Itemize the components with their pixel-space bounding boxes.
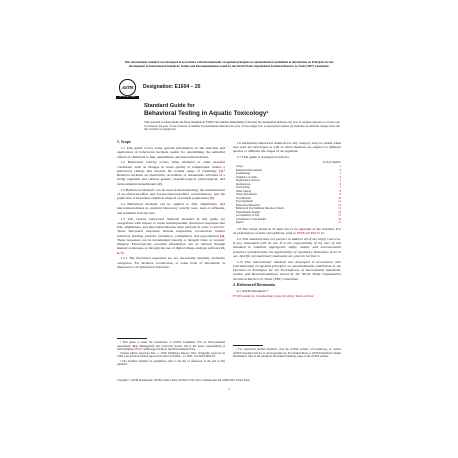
toc-label: Report xyxy=(236,221,244,225)
text-segment: 1.5 The various behavioral methods inclu… xyxy=(117,217,225,238)
text-segment: . xyxy=(324,231,325,235)
text-segment: ASTM Standards: xyxy=(242,289,267,293)
astm-logo-subtext: INTERNATIONAL xyxy=(119,96,136,98)
body-columns: 1. Scope 1.1 This guide covers some gene… xyxy=(117,140,341,378)
referenced-documents-heading: 2. Referenced Documents xyxy=(233,283,341,287)
footnote-3: ³ For referenced ASTM standards, visit t… xyxy=(233,348,341,358)
para-1-5: 1.5 The various behavioral methods inclu… xyxy=(117,217,225,255)
footnote-2: ² The boldface numbers in parentheses re… xyxy=(117,360,225,367)
right-column: 1.6 Additional behavioral methods for an… xyxy=(233,140,341,378)
text-segment: . xyxy=(124,251,125,255)
left-column: 1. Scope 1.1 This guide covers some gene… xyxy=(117,140,225,378)
text-segment: 1.10 This international standard was dev… xyxy=(233,260,341,281)
toc-section-link[interactable]: 17 xyxy=(338,221,341,225)
astm-logo-bar: INTERNATIONAL xyxy=(116,96,139,99)
copyright-line: Copyright © ASTM International, 100 Barr… xyxy=(117,379,341,382)
para-1-5-1: 1.5.1 The functional responses are not n… xyxy=(117,256,225,269)
footnote-edition: Current edition approved Nov. 1, 2020. P… xyxy=(117,352,225,359)
page-number: 1 xyxy=(0,387,458,391)
footnote-1: ¹ This guide is under the jurisdiction o… xyxy=(117,341,225,351)
ref-link[interactable]: E729 xyxy=(233,294,241,298)
toc-header: Section Number xyxy=(236,161,341,165)
text-segment: . xyxy=(214,196,215,200)
toc-row: Report17 xyxy=(236,221,341,225)
ref-link[interactable]: IEEE/ASTM SI 10 xyxy=(297,231,324,235)
astm-logo-circle-icon: ASTM xyxy=(119,79,136,96)
para-1-3: 1.3 Behavioral methods can be used in bi… xyxy=(117,188,225,201)
para-1-4: 1.4 Behavioral methods can be applied to… xyxy=(117,202,225,215)
document-page: This international standard was develope… xyxy=(0,0,458,458)
top-disclaimer: This international standard was develope… xyxy=(117,61,341,68)
designation: Designation: E1604 − 20 xyxy=(143,84,200,90)
para-1-6: 1.6 Additional behavioral methods for an… xyxy=(233,141,341,154)
text-segment: . xyxy=(162,182,163,186)
scope-heading: 1. Scope xyxy=(117,140,225,144)
doc-title-line2: Behavioral Testing in Aquatic Toxicology… xyxy=(144,110,268,117)
toc: Section Number Scope1Referenced Document… xyxy=(236,161,341,225)
astm-logo-text: ASTM xyxy=(122,85,134,90)
left-footnotes: ¹ This guide is under the jurisdiction o… xyxy=(117,338,225,367)
toc-list: Scope1Referenced Documents2Terminology3S… xyxy=(236,165,341,225)
text-segment: . xyxy=(319,254,320,258)
e729-reference: E729 Guide for Conducting Acute Toxicity… xyxy=(233,294,341,298)
para-1-9: 1.9 This standard does not purport to ad… xyxy=(233,237,341,258)
text-segment: 1.2 Behavioral toxicity occurs when chem… xyxy=(117,160,225,173)
text-segment: ³ xyxy=(267,289,268,293)
para-2-1: 2.1 ASTM Standards:³ xyxy=(233,289,341,293)
ref-link[interactable]: Guide for Conducting Acute Toxicity Test… xyxy=(241,294,314,298)
right-footnotes: ³ For referenced ASTM standards, visit t… xyxy=(233,345,341,359)
doc-title-line1: Standard Guide for xyxy=(144,103,268,110)
doc-title: Standard Guide for Behavioral Testing in… xyxy=(144,103,268,117)
astm-logo: ASTM INTERNATIONAL xyxy=(116,79,139,99)
text-segment: 1.9 This standard does not purport to ad… xyxy=(233,237,341,258)
para-1-2: 1.2 Behavioral toxicity occurs when chem… xyxy=(117,160,225,186)
para-1-1: 1.1 This guide covers some general infor… xyxy=(117,146,225,159)
para-1-8: 1.8 The values stated in SI units are to… xyxy=(233,227,341,236)
issue-note: This standard is issued under the fixed … xyxy=(144,121,340,132)
para-1-7: 1.7 This guide is arranged as follows: xyxy=(233,155,341,159)
para-1-10: 1.10 This international standard was dev… xyxy=(233,260,341,281)
